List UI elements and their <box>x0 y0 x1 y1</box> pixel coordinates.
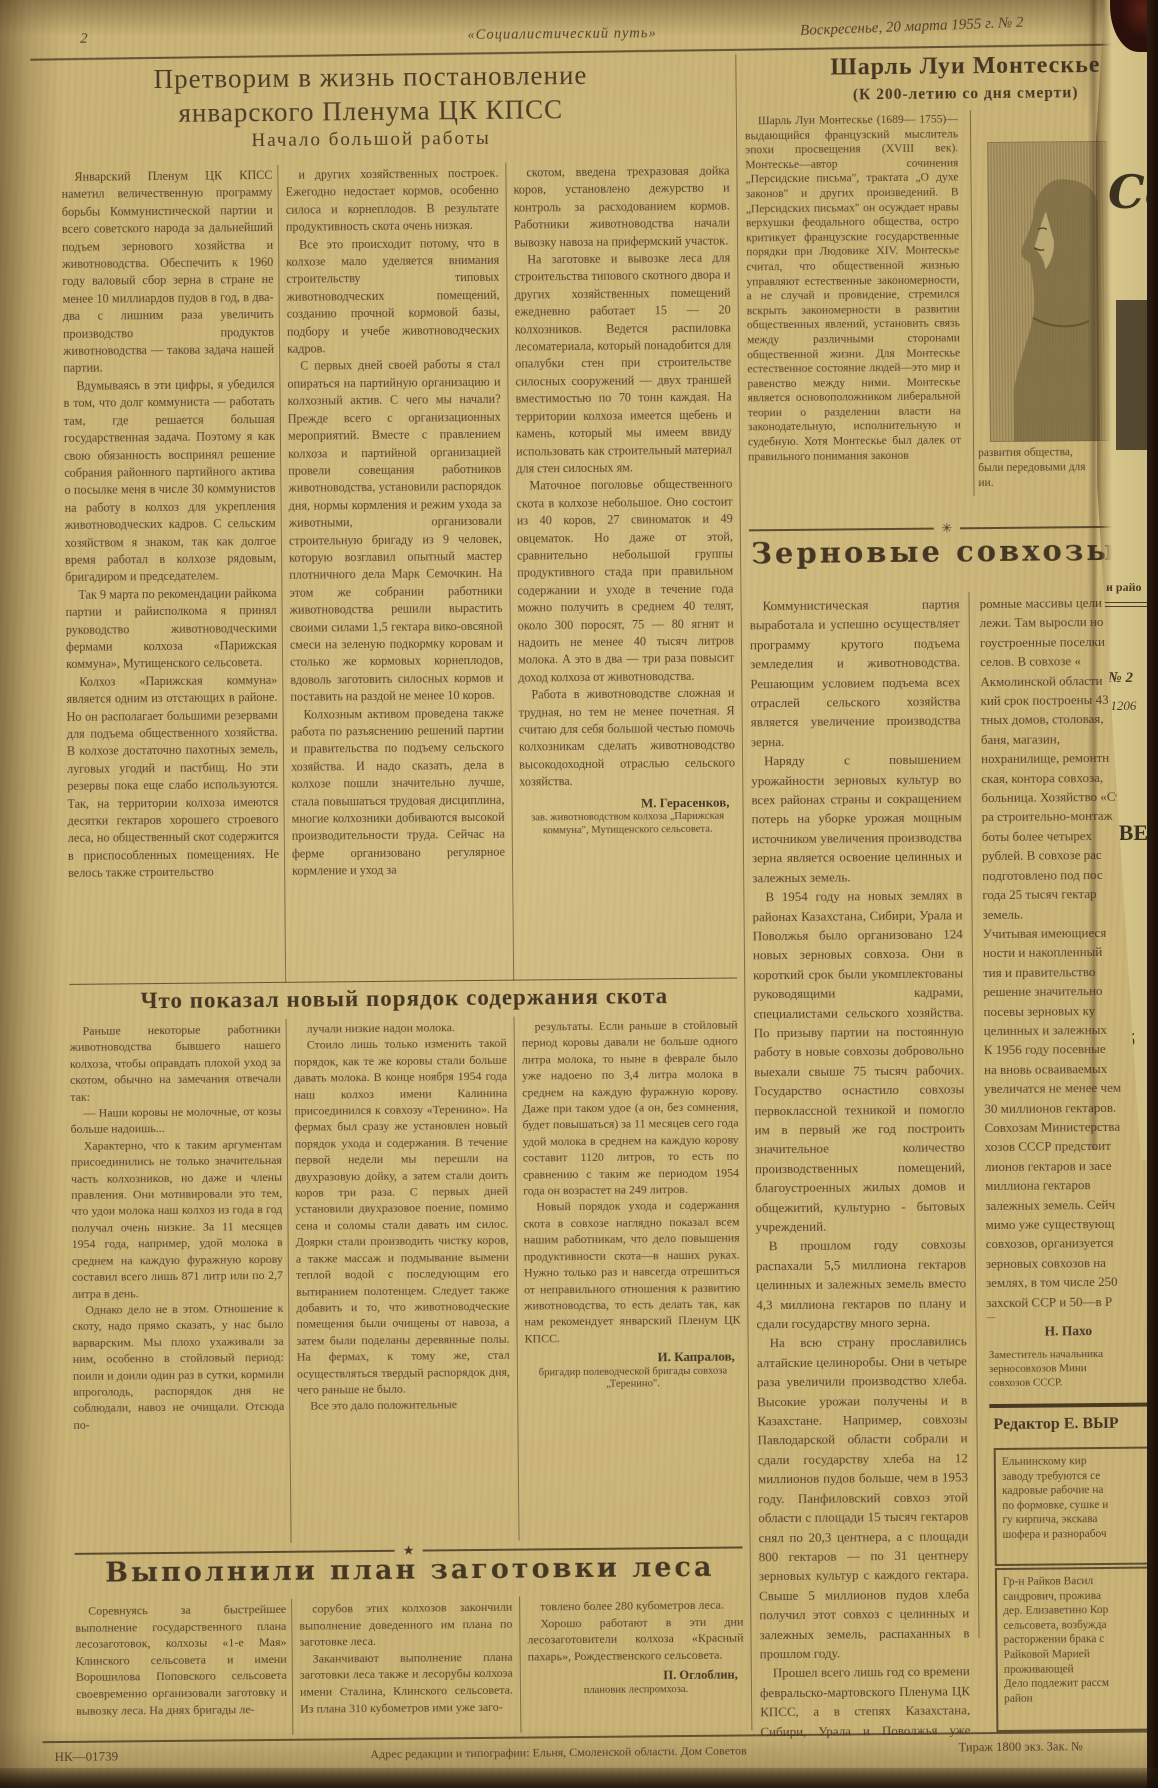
column-rule <box>514 1017 520 1541</box>
paragraph: Все это дало положительные <box>297 1396 510 1414</box>
forest-headline: Выполнили план заготовки леса <box>77 1551 743 1588</box>
lead-byline-name: М. Герасенков, <box>519 793 735 812</box>
montesquieu-column-1: Шарль Луи Монтескье (1689— 1755)—выдающи… <box>745 112 962 518</box>
paragraph: В прошлом году совхозы распахали 5,5 мил… <box>756 1235 967 1334</box>
paragraph: На заготовке и вывозке леса для строител… <box>514 250 732 478</box>
paragraph: Хорошо работают в эти дни лесозаготовите… <box>527 1613 743 1665</box>
paragraph: Наряду с повышением урожайности зерновых… <box>751 750 962 888</box>
forest-byline-name: П. Оглоблин, <box>528 1667 744 1686</box>
column-rule <box>286 1019 292 1543</box>
paragraph: Колхоз «Парижская коммуна» является одни… <box>66 672 279 883</box>
lead-column-2: и других хозяйственных построек. Ежегодн… <box>285 165 506 981</box>
ad-divorce-notice: Гр-н Райков Васил сандрович, прожива дер… <box>995 1566 1158 1732</box>
livestock-headline: Что показал новый порядок содержания ско… <box>71 982 737 1014</box>
scan-right-edge <box>1147 0 1158 1788</box>
column-rule <box>291 1599 293 1735</box>
paragraph: Все это происходит потому, что в колхозе… <box>286 234 500 358</box>
footer-code: НК—01739 <box>55 1748 119 1765</box>
paragraph: Так 9 марта по рекомендации райкома парт… <box>65 585 277 674</box>
column-rule <box>519 1597 521 1733</box>
ad-brick-factory: Ельнинскому кир заводу требуются се кадр… <box>994 1446 1158 1566</box>
footer-circulation: Тираж 1800 экз. Зак. № <box>958 1738 1158 1755</box>
forest-column-3: товлено более 280 кубометров леса. Хорош… <box>527 1596 744 1732</box>
footer-address: Адрес редакции и типографии: Ельня, Смол… <box>239 1742 879 1763</box>
editor-rule <box>989 1402 1158 1408</box>
lead-headline-line1: Претворим в жизнь постановление <box>80 57 660 97</box>
livestock-column-3: результаты. Если раньше в стойловый пери… <box>522 1016 743 1540</box>
paragraph: Однако дело не в этом. Отношение к скоту… <box>72 1300 284 1433</box>
lead-headline-line2: январского Пленума ЦК КПСС <box>81 91 661 131</box>
grain-column-1: Коммунистическая партия выработала и усп… <box>749 594 970 1746</box>
lead-headline: Претворим в жизнь постановление январско… <box>80 57 661 131</box>
paragraph: С первых дней своей работы я стал опират… <box>287 356 503 706</box>
fold-issue-number: № 2 <box>1108 670 1133 687</box>
forest-column-1: Соревнуясь за быстрейшее выполнение госу… <box>75 1601 287 1737</box>
paragraph: Характерно, что к таким аргументам присо… <box>71 1136 284 1302</box>
paragraph: и других хозяйственных построек. Ежегодн… <box>285 165 499 237</box>
paragraph: Коммунистическая партия выработала и усп… <box>749 594 960 751</box>
page-content: 2 «Социалистический путь» Воскресенье, 2… <box>0 0 1158 1788</box>
lead-byline-role: зав. животноводством колхоза „Парижская … <box>520 811 736 838</box>
paragraph: Январский Пленум ЦК КПСС наметил величес… <box>61 167 274 378</box>
masthead-title: «Социалистический путь» <box>352 24 772 45</box>
paragraph: товлено более 280 кубометров леса. <box>527 1596 743 1615</box>
column-rule <box>968 592 979 1638</box>
lead-subhead: Начало большой работы <box>81 126 661 154</box>
paragraph: скотом, введена трехразовая дойка коров,… <box>513 163 730 252</box>
newspaper-page: 2 «Социалистический путь» Воскресенье, 2… <box>0 0 1158 1788</box>
paragraph: Работа в животноводстве сложная и трудна… <box>518 685 735 792</box>
paragraph: Соревнуясь за быстрейшее выполнение госу… <box>75 1601 287 1719</box>
column-rule <box>505 163 514 981</box>
lead-column-1: Январский Пленум ЦК КПСС наметил величес… <box>61 167 280 983</box>
paragraph: Стоило лишь только изменить такой порядо… <box>294 1035 510 1398</box>
scan-bottom-shadow <box>0 1768 1158 1788</box>
grain-byline-name: Н. Пахо <box>1044 1322 1154 1339</box>
livestock-byline-name: И. Капралов, <box>525 1349 741 1367</box>
forest-byline-role: плановик леспромхоза. <box>528 1683 744 1698</box>
editor-line: Редактор Е. ВЫР <box>993 1414 1158 1434</box>
forest-column-2: сорубов этих колхозов закончили выполнен… <box>299 1599 513 1735</box>
paragraph: Вдумываясь в эти цифры, я убедился в том… <box>63 376 276 587</box>
lead-column-3: скотом, введена трехразовая дойка коров,… <box>513 163 737 979</box>
paragraph: Шарль Луи Монтескье (1689— 1755)—выдающи… <box>745 112 961 464</box>
paragraph: Новый порядок ухода и содержания скота в… <box>523 1197 740 1347</box>
paragraph: — Наши коровы не молочные, от козы больш… <box>70 1103 281 1138</box>
livestock-byline-role: бригадир полеводческой бригады совхоза „… <box>525 1365 741 1392</box>
paragraph: Заканчивают выполнение плана заготовки л… <box>300 1648 514 1716</box>
page-number: 2 <box>80 31 88 48</box>
paragraph: На всю страну прославились алтайские цел… <box>757 1332 970 1664</box>
column-rule <box>970 110 975 496</box>
fold-text-line: и райо <box>1106 580 1142 595</box>
paragraph: сорубов этих колхозов закончили выполнен… <box>299 1599 512 1651</box>
paragraph: лучали низкие надои молока. <box>294 1019 507 1037</box>
livestock-column-2: лучали низкие надои молока. Стоило лишь … <box>294 1019 512 1543</box>
paragraph: В 1954 году на новых землях в районах Ка… <box>752 885 965 1236</box>
paragraph: Колхозным активом проведена также работа… <box>291 704 506 880</box>
paragraph: Раньше некоторые работники животноводств… <box>70 1021 282 1105</box>
livestock-column-1: Раньше некоторые работники животноводств… <box>70 1021 286 1545</box>
grain-byline-role: Заместитель начальника зерносовхозов Мин… <box>989 1346 1157 1390</box>
paragraph: Маточное поголовье общественного скота в… <box>516 476 734 687</box>
paragraph: результаты. Если раньше в стойловый пери… <box>522 1016 740 1199</box>
